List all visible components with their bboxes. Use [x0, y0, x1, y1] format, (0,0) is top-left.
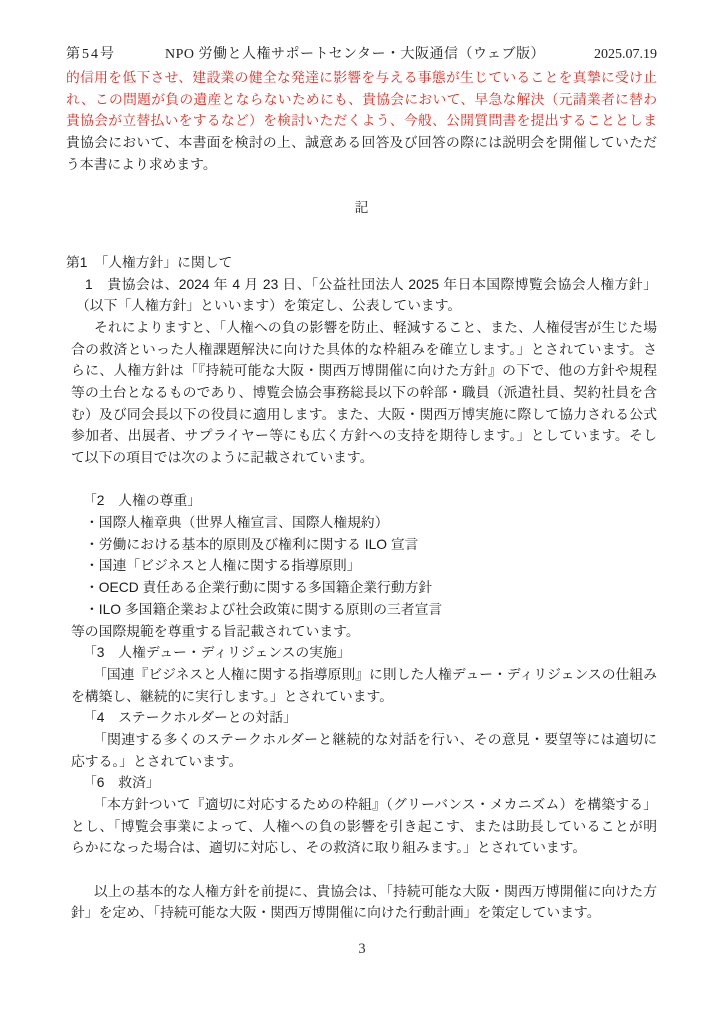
- header-date: 2025.07.19: [594, 45, 657, 65]
- text-line: 「国連『ビジネスと人権に関する指導原則』に則した人権デュー・ディリジェンスの仕組…: [66, 664, 657, 686]
- document-header: 第54号 NPO 労働と人権サポートセンター・大阪通信（ウェブ版） 2025.0…: [66, 45, 657, 65]
- text-line: 参加者、出展者、サプライヤー等にも広く方針への支持を期待します。」としています。…: [66, 425, 657, 447]
- text-line: 針」を定め、「持続可能な大阪・関西万博開催に向けた行動計画」を策定しています。: [66, 902, 657, 924]
- text-line: 以上の基本的な人権方針を前提に、貴協会は、「持続可能な大阪・関西万博開催に向けた…: [66, 881, 657, 903]
- text-line: ・ILO 多国籍企業および社会政策に関する原則の三者宣言: [66, 599, 657, 621]
- text-line: ・OECD 責任ある企業行動に関する多国籍企業行動方針: [66, 577, 657, 599]
- text-line: 記: [66, 197, 657, 219]
- text-line: う本書により求めます。: [66, 154, 657, 176]
- text-line: 等の土台となるものであり、博覧会協会事務総長以下の幹部・職員（派遣社員、契約社員…: [66, 382, 657, 404]
- text-line: 等の国際規範を尊重する旨記載されています。: [66, 621, 657, 643]
- text-line: 貴協会が立替払いをするなど）を検討いただくよう、今般、公開質問書を提出することと…: [66, 110, 657, 132]
- text-line: [66, 175, 657, 197]
- text-line: とし、「博覧会事業によって、人権への負の影響を引き起こす、または助長していること…: [66, 816, 657, 838]
- header-title: NPO 労働と人権サポートセンター・大阪通信（ウェブ版）: [116, 45, 594, 65]
- text-line: 「関連する多くのステークホルダーと継続的な対話を行い、その意見・要望等には適切に…: [66, 729, 657, 751]
- text-line: 1 貴協会は、2024 年 4 月 23 日、「公益社団法人 2025 年日本国…: [66, 274, 657, 296]
- text-line: らに、人権方針は「『持続可能な大阪・関西万博開催に向けた方針』の下で、他の方針や…: [66, 360, 657, 382]
- header-issue-number: 第54号: [66, 45, 116, 65]
- text-line: む）及び同会長以下の役員に適用します。また、大阪・関西万博実施に際して協力される…: [66, 404, 657, 426]
- page-number: 3: [0, 939, 724, 960]
- text-line: て以下の項目では次のように記載されています。: [66, 447, 657, 469]
- text-line: 「4 ステークホルダーとの対話」: [66, 707, 657, 729]
- text-line: を構築し、継続的に実行します。」とされています。: [66, 686, 657, 708]
- text-line: （以下「人権方針」といいます）を策定し、公表しています。: [66, 295, 657, 317]
- text-line: 合の救済といった人権課題解決に向けた具体的な枠組みを確立します。」とされています…: [66, 339, 657, 361]
- text-line: れ、この問題が負の遺産とならないためにも、貴協会において、早急な解決（元請業者に…: [66, 89, 657, 111]
- text-line: ・国連「ビジネスと人権に関する指導原則」: [66, 555, 657, 577]
- text-line: 「3 人権デュー・ディリジェンスの実施」: [66, 642, 657, 664]
- text-line: [66, 859, 657, 881]
- text-line: [66, 219, 657, 252]
- text-line: それによりますと、「人権への負の影響を防止、軽減すること、また、人権侵害が生じた…: [66, 317, 657, 339]
- text-line: 貴協会において、本書面を検討の上、誠意ある回答及び回答の際には説明会を開催してい…: [66, 132, 657, 154]
- text-line: [66, 469, 657, 491]
- text-line: 「2 人権の尊重」: [66, 490, 657, 512]
- document-page: 第54号 NPO 労働と人権サポートセンター・大阪通信（ウェブ版） 2025.0…: [0, 0, 724, 1024]
- text-line: らかになった場合は、適切に対応し、その救済に取り組みます。」とされています。: [66, 837, 657, 859]
- text-line: ・労働における基本的原則及び権利に関する ILO 宣言: [66, 534, 657, 556]
- text-line: 「6 救済」: [66, 772, 657, 794]
- doc-lines: 的信用を低下させ、建設業の健全な発達に影響を与える事態が生じていることを真摯に受…: [66, 67, 657, 924]
- text-line: 的信用を低下させ、建設業の健全な発達に影響を与える事態が生じていることを真摯に受…: [66, 67, 657, 89]
- text-line: 「本方針ついて『適切に対応するための枠組』（グリーバンス・メカニズム）を構築する…: [66, 794, 657, 816]
- text-line: 第1 「人権方針」に関して: [66, 252, 657, 274]
- text-line: 応する。」とされています。: [66, 751, 657, 773]
- text-line: ・国際人権章典（世界人権宣言、国際人権規約）: [66, 512, 657, 534]
